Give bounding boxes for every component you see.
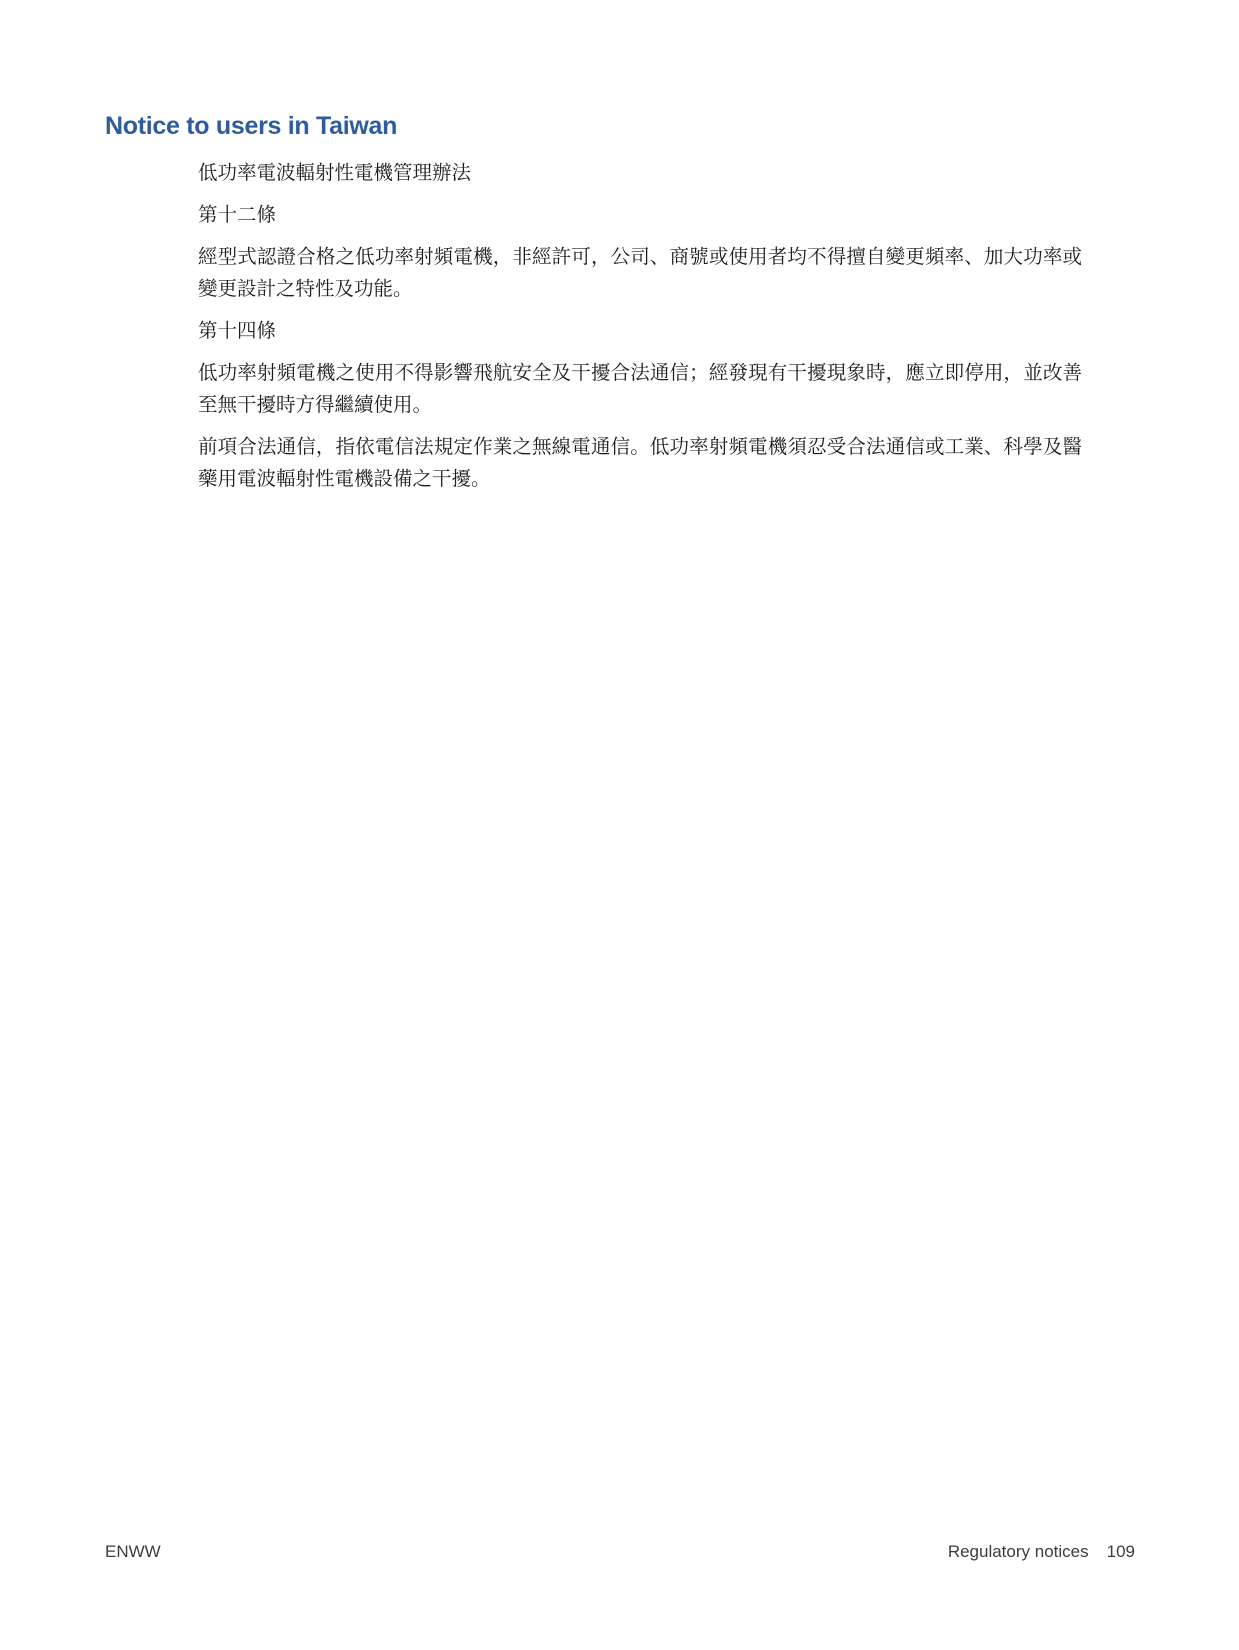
section-heading: Notice to users in Taiwan xyxy=(105,112,397,141)
footer-enww-label: ENWW xyxy=(105,1542,161,1562)
paragraph-article-12-text: 經型式認證合格之低功率射頻電機，非經許可，公司、商號或使用者均不得擅自變更頻率、… xyxy=(198,242,1082,306)
paragraph-article-12-label: 第十二條 xyxy=(198,200,1082,232)
footer-section-label: Regulatory notices xyxy=(948,1542,1089,1562)
document-page: Notice to users in Taiwan 低功率電波輻射性電機管理辦法… xyxy=(0,0,1239,1650)
footer-page-number: 109 xyxy=(1107,1542,1135,1562)
footer-right-group: Regulatory notices 109 xyxy=(948,1542,1135,1562)
body-text-block: 低功率電波輻射性電機管理辦法 第十二條 經型式認證合格之低功率射頻電機，非經許可… xyxy=(198,158,1082,506)
paragraph-article-14-label: 第十四條 xyxy=(198,316,1082,348)
paragraph-regulation-title: 低功率電波輻射性電機管理辦法 xyxy=(198,158,1082,190)
paragraph-article-14-text-2: 前項合法通信，指依電信法規定作業之無線電通信。低功率射頻電機須忍受合法通信或工業… xyxy=(198,432,1082,496)
paragraph-article-14-text: 低功率射頻電機之使用不得影響飛航安全及干擾合法通信；經發現有干擾現象時，應立即停… xyxy=(198,358,1082,422)
page-footer: ENWW Regulatory notices 109 xyxy=(105,1542,1135,1562)
